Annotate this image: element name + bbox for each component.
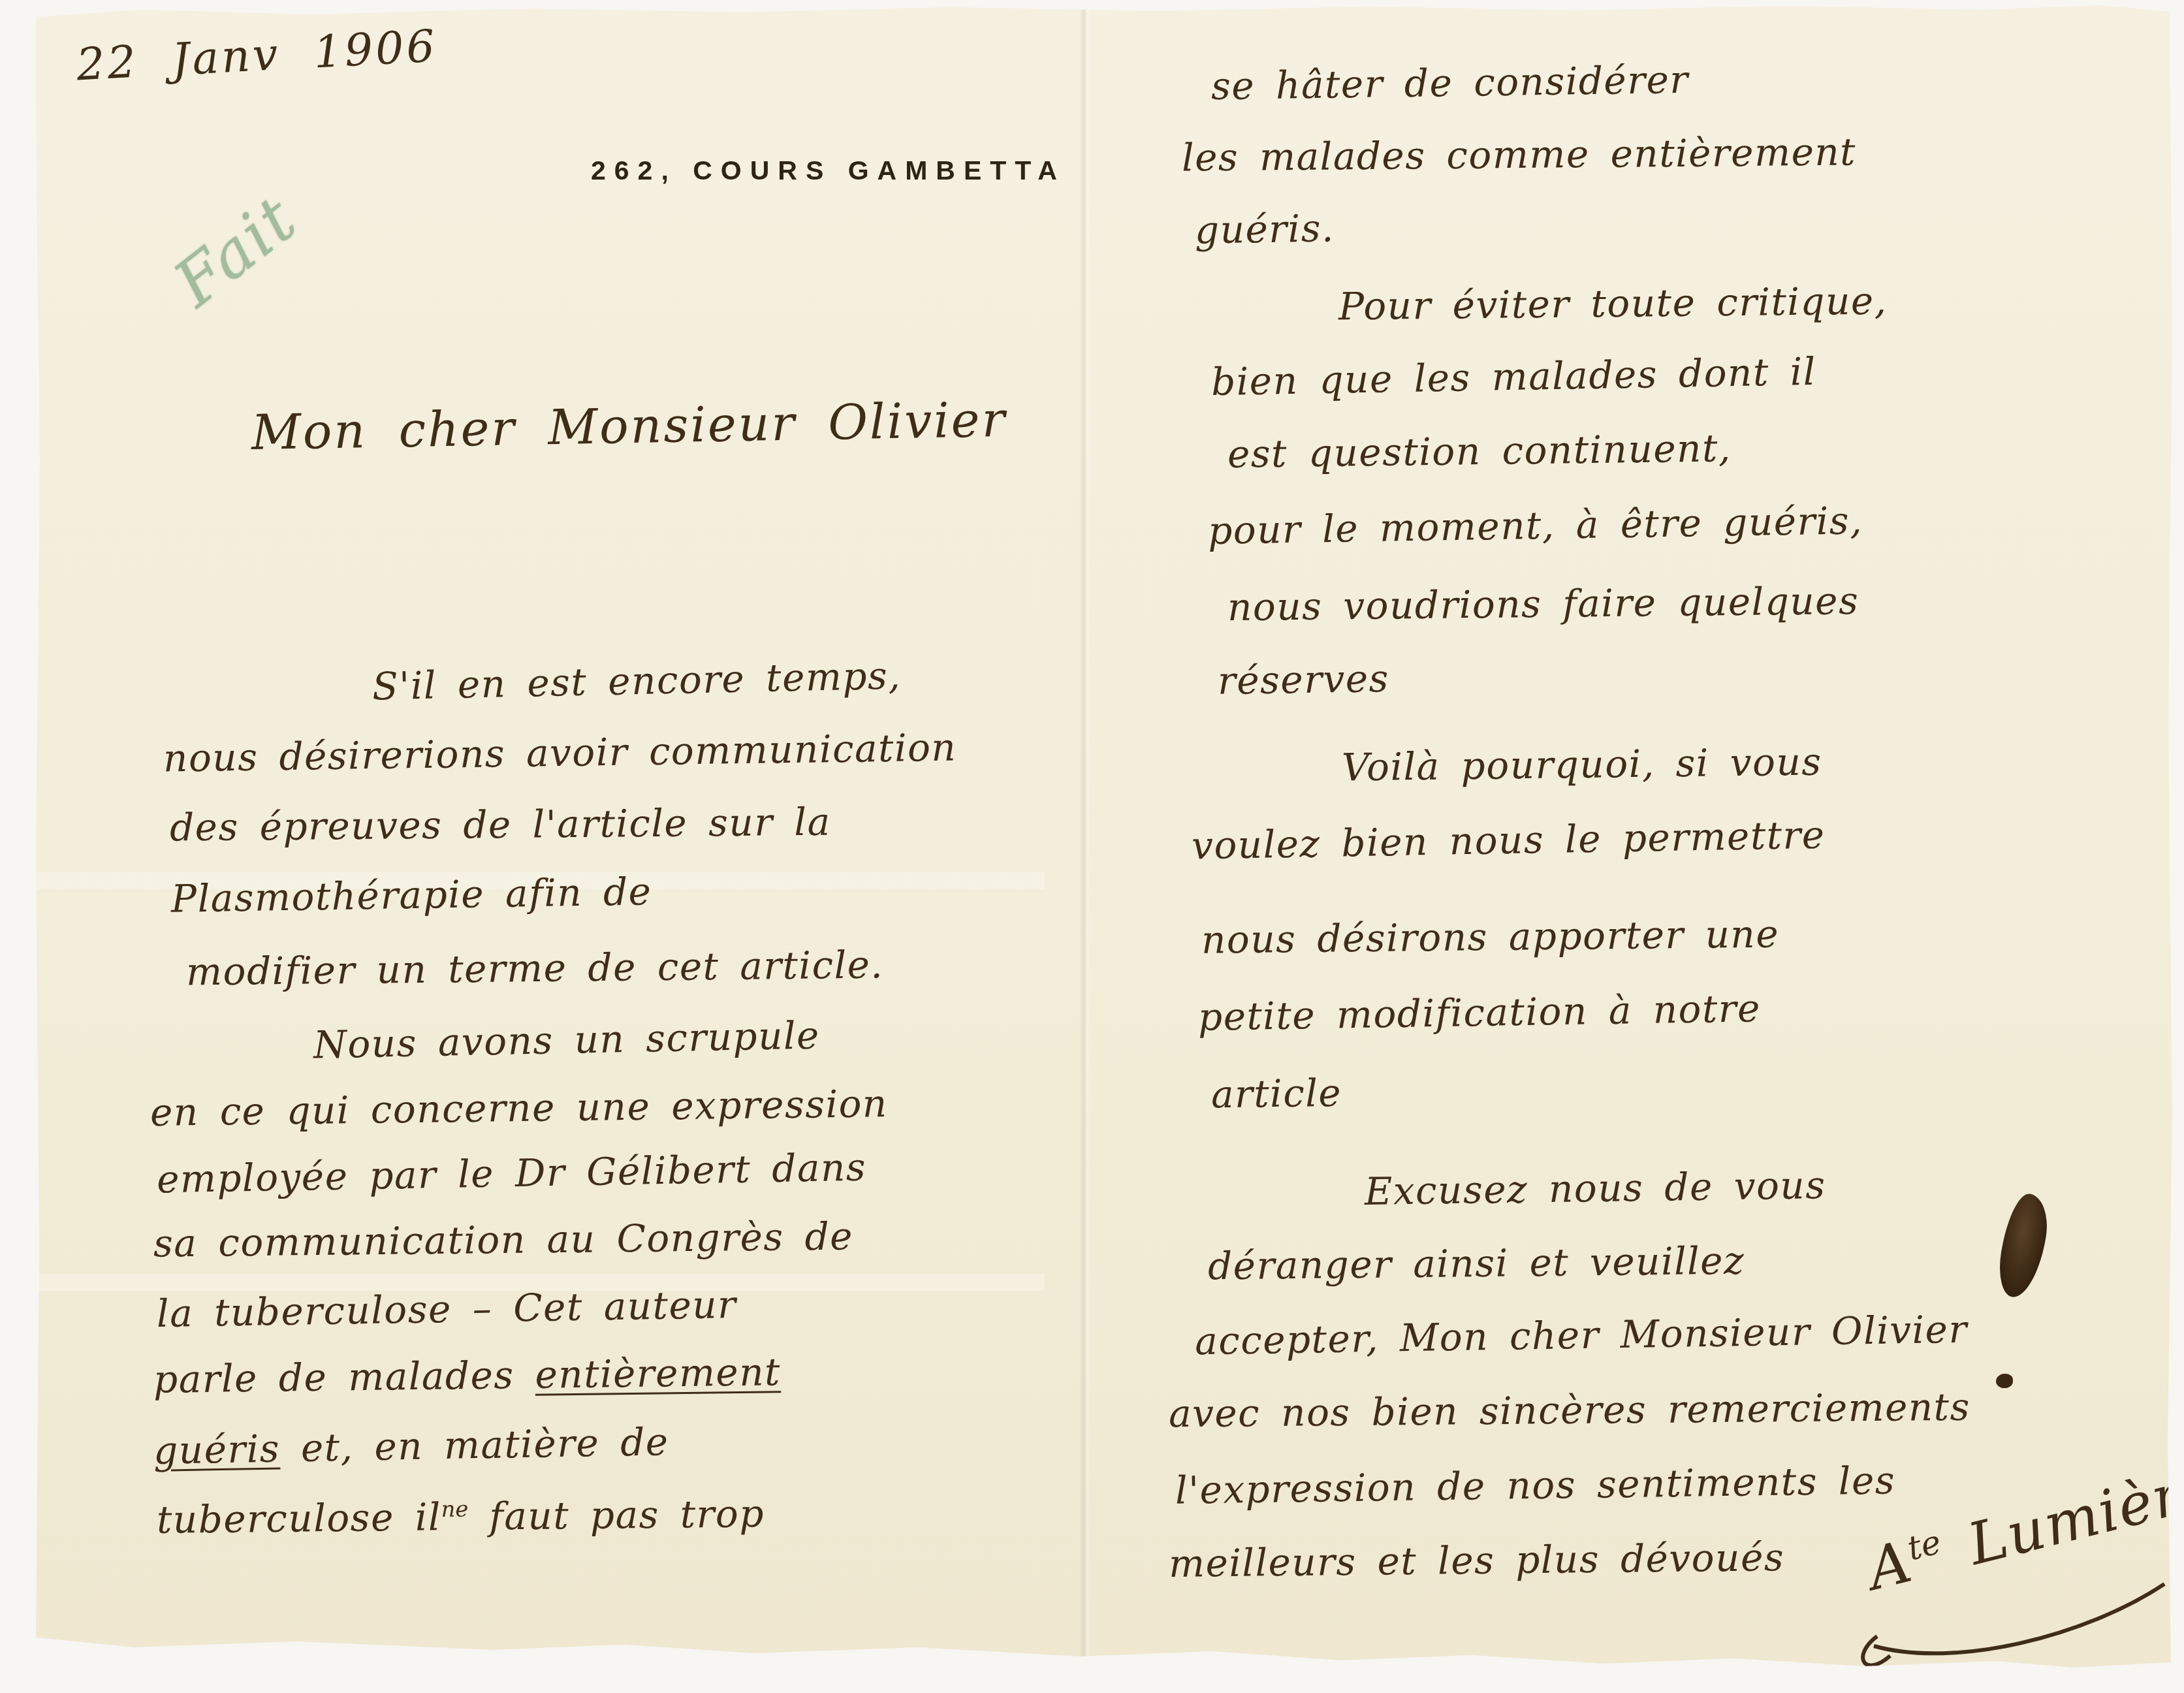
letter-line: nous désirerions avoir communication [163,729,957,778]
letter-line: des épreuves de l'article sur la [170,803,831,847]
letter-line: Pour éviter toute critique, [1338,282,1888,326]
letter-line: la tuberculose – Cet auteur [157,1286,737,1333]
letter-line: les malades comme entièrement [1182,133,1856,176]
ink-speck [1996,1374,2013,1388]
letter-line: nous voudrions faire quelques [1227,582,1860,626]
letterhead-address: 262, COURS GAMBETTA [591,155,1066,186]
letter-line: meilleurs et les plus dévoués [1169,1538,1785,1583]
letter-scan: 22 Janv 1906 262, COURS GAMBETTA Fait Mo… [0,0,2184,1693]
letter-paper: 22 Janv 1906 262, COURS GAMBETTA Fait Mo… [36,4,2172,1681]
signature-flourish [1838,1558,2177,1682]
letter-line: réserves [1218,659,1390,700]
letter-line: petite modification à notre [1198,989,1762,1036]
letter-line: pour le moment, à être guéris, [1208,501,1863,550]
letter-line: en ce qui concerne une expression [150,1084,888,1131]
letter-line: tuberculose ilne faut pas trop [157,1495,765,1539]
letter-line: se hâter de considérer [1211,61,1689,105]
salutation: Mon cher Monsieur Olivier [251,396,1007,457]
letter-line: guéris. [1195,209,1335,249]
letter-line: sa communication au Congrès de [153,1217,853,1262]
letter-line: bien que les malades dont il [1211,353,1817,401]
letter-line: est question continuent, [1227,429,1732,473]
ink-blot [1995,1191,2052,1301]
letter-line: S'il en est encore temps, [372,657,901,706]
letter-line: accepter, Mon cher Monsieur Olivier [1195,1310,1968,1361]
letter-line: voulez bien nous le permettre [1192,816,1826,865]
letter-line: avec nos bien sincères remerciements [1169,1388,1970,1433]
letter-line: Plasmothérapie afin de [171,872,652,918]
letter-line: Voilà pourquoi, si vous [1342,743,1822,787]
letter-line: article [1211,1074,1342,1113]
date-line: 22 Janv 1906 [76,25,439,88]
letter-line: Nous avons un scrupule [313,1017,821,1064]
letter-line: l'expression de nos sentiments les [1175,1461,1896,1509]
center-fold-crease [1079,4,1091,1681]
letter-line: parle de malades entièrement [153,1353,782,1399]
letter-line: nous désirons apporter une [1201,915,1780,958]
letter-line: déranger ainsi et veuillez [1208,1242,1745,1286]
letter-line: Excusez nous de vous [1365,1166,1826,1210]
letter-line: employée par le Dr Gélibert dans [157,1148,867,1199]
letter-line: guéris et, en matière de [153,1423,670,1470]
fait-stamp-annotation: Fait [164,185,308,317]
letter-line: modifier un terme de cet article. [186,945,884,990]
